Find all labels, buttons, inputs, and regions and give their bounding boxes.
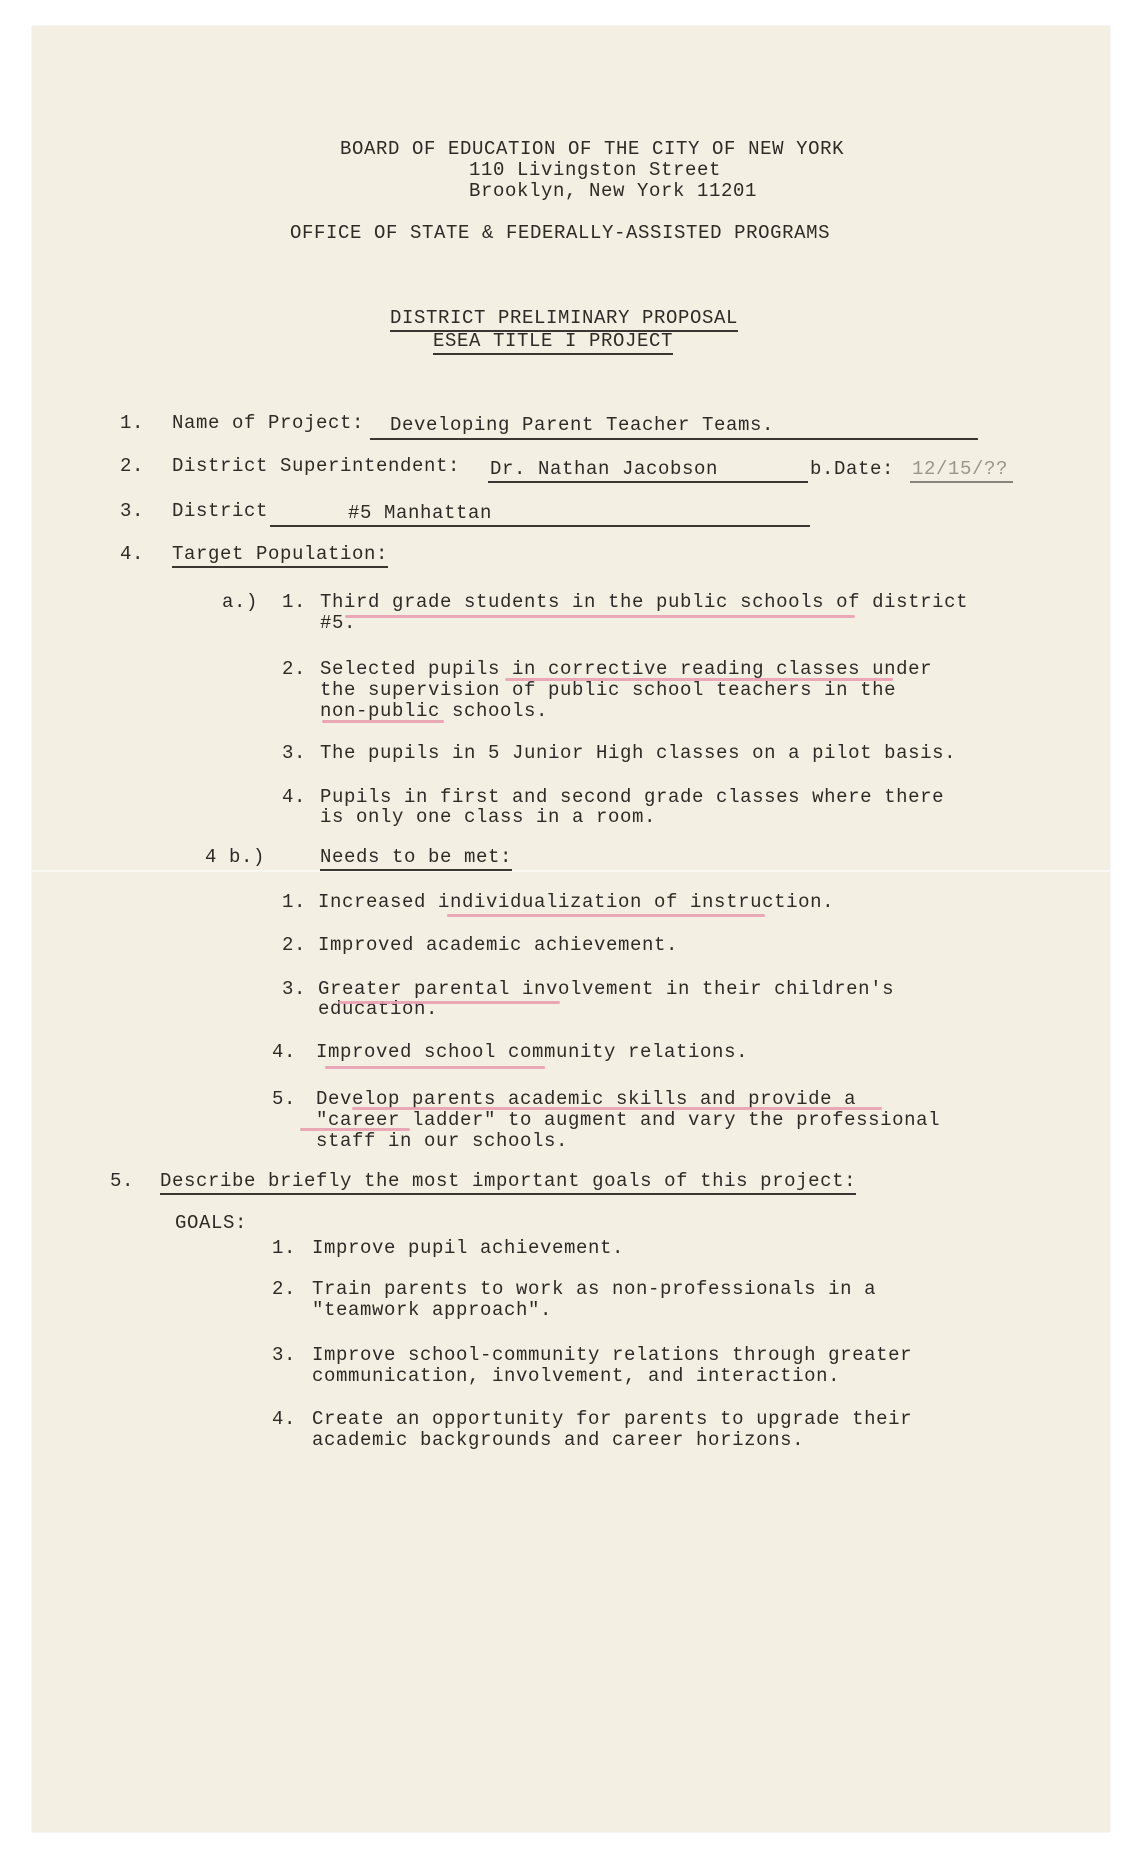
needs-prefix: 4 b.) [205,846,265,868]
need-3-line-1: Greater parental involvement in their ch… [318,978,894,1000]
goal-1-line-1: Improve pupil achievement. [312,1237,624,1259]
street-address: 110 Livingston Street [469,159,721,181]
goal-2-num: 2. [272,1278,296,1300]
goals-question: Describe briefly the most important goal… [160,1170,856,1192]
highlight-mark [447,914,765,917]
need-2-line-1: Improved academic achievement. [318,934,678,956]
district-value: #5 Manhattan [348,502,492,524]
target-item-4-line-2: is only one class in a room. [320,806,656,828]
target-item-3-line-1: The pupils in 5 Junior High classes on a… [320,742,956,764]
target-item-3-num: 3. [282,742,306,764]
target-prefix: a.) [222,591,258,613]
target-item-1-num: 1. [282,591,306,613]
field-3-num: 3. [120,500,144,522]
goal-3-num: 3. [272,1344,296,1366]
document-page [32,26,1110,1832]
highlight-mark [505,678,893,681]
need-4-num: 4. [272,1041,296,1063]
need-4-line-1: Improved school community relations. [316,1041,748,1063]
field-2-num: 2. [120,455,144,477]
goals-num: 5. [110,1170,134,1192]
superintendent-line [488,481,808,483]
need-5-line-3: staff in our schools. [316,1130,568,1152]
target-item-2-num: 2. [282,658,306,680]
goals-label: GOALS: [175,1212,247,1234]
need-3-num: 3. [282,978,306,1000]
office-name: OFFICE OF STATE & FEDERALLY-ASSISTED PRO… [290,222,830,244]
highlight-mark [325,1066,545,1069]
doc-subtitle: ESEA TITLE I PROJECT [433,330,673,352]
goal-1-num: 1. [272,1237,296,1259]
target-item-4-line-1: Pupils in first and second grade classes… [320,786,944,808]
district-line [270,525,810,527]
need-1-num: 1. [282,891,306,913]
target-item-2-line-3: non-public schools. [320,700,548,722]
doc-title: DISTRICT PRELIMINARY PROPOSAL [390,307,738,329]
date-line [910,481,1013,483]
project-name-line [370,438,978,440]
target-item-2-line-1: Selected pupils in corrective reading cl… [320,658,932,680]
target-item-2-line-2: the supervision of public school teacher… [320,679,896,701]
paper-fold [32,870,1110,872]
city-address: Brooklyn, New York 11201 [469,180,757,202]
field-4-num: 4. [120,543,144,565]
need-5-num: 5. [272,1088,296,1110]
highlight-mark [300,1128,410,1131]
project-name-value: Developing Parent Teacher Teams. [390,414,774,436]
project-label: Name of Project: [172,412,364,434]
target-item-1-line-1: Third grade students in the public schoo… [320,591,968,613]
goal-4-num: 4. [272,1408,296,1430]
superintendent-label: District Superintendent: [172,455,460,477]
highlight-mark [338,1001,560,1004]
goal-4-line-2: academic backgrounds and career horizons… [312,1429,804,1451]
need-2-num: 2. [282,934,306,956]
highlight-mark [322,720,444,723]
date-value: 12/15/?? [912,458,1008,480]
district-label: District [172,500,268,522]
highlight-mark [352,1107,882,1110]
goal-4-line-1: Create an opportunity for parents to upg… [312,1408,912,1430]
need-1-line-1: Increased individualization of instructi… [318,891,834,913]
goal-2-line-1: Train parents to work as non-professiona… [312,1278,876,1300]
org-name: BOARD OF EDUCATION OF THE CITY OF NEW YO… [340,138,844,160]
goal-3-line-2: communication, involvement, and interact… [312,1365,840,1387]
superintendent-value: Dr. Nathan Jacobson [490,458,718,480]
date-label: b.Date: [810,458,894,480]
field-1-num: 1. [120,412,144,434]
goal-2-line-2: "teamwork approach". [312,1299,552,1321]
target-item-4-num: 4. [282,786,306,808]
needs-label: Needs to be met: [320,846,512,868]
target-label: Target Population: [172,543,388,565]
highlight-mark [345,615,855,618]
goal-3-line-1: Improve school-community relations throu… [312,1344,912,1366]
